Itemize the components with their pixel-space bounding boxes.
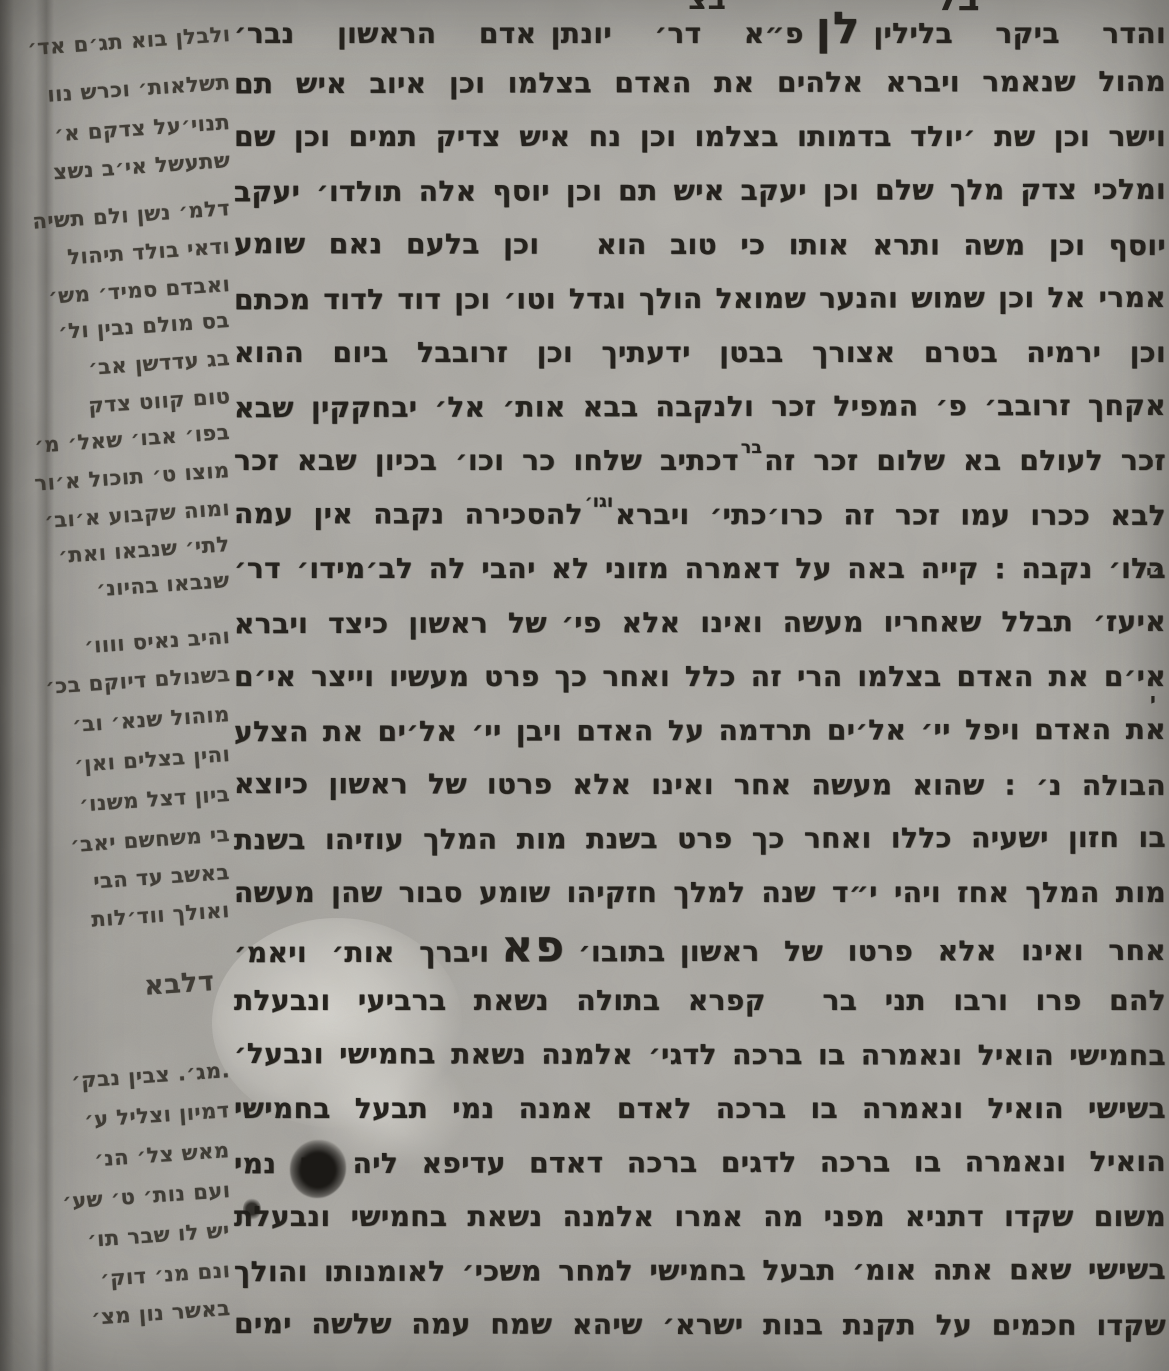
text-segment: אקחך זרובב׳ פ׳ המפיל זכר ולנקבה בבא אות׳… [234,389,1166,424]
margin-note: מוהול שנא׳ וב׳ [72,702,231,737]
margin-note: והיב נאיס וווו׳ [83,624,230,658]
text-segment: מות המלך אחז ויהי י״ד שנה למלך חזקיהו שו… [234,876,1166,909]
text-segment: הואיל ונאמרה בו ברכה לדגים ברכה דאדם עדי… [234,1145,1166,1180]
manuscript-line: אי׳ם את האדם בצלמו הרי זה כלל ואחר כך פר… [234,650,1166,704]
text-segment: להם פרו ורבו תני בר קפרא בתולה נשאת ברבי… [234,984,1166,1017]
margin-note: בשנולם דיוקם בכ׳ [44,662,230,699]
margin-note: טום קווט צדק [87,384,231,418]
margin-note: ונם מנ׳ דוק׳ [99,1258,231,1291]
manuscript-line: ומלכי צדק מלך שלם וכן יעקב איש תם וכן יו… [234,163,1166,219]
text-segment: משום שקדו דתניא מפני מה אמרו אלמנה נשאת … [234,1200,1166,1233]
margin-note: בס מולם נבין ול׳ [58,308,231,344]
text-segment: בשישי הואיל ונאמרה בו ברכה לאדם אמנה נמי… [234,1092,1166,1125]
text-segment: ויברך אות׳ ויאמ׳ [234,936,489,970]
edge-letter-fragment: בל [936,0,980,19]
manuscript-line: משום שקדו דתניא מפני מה אמרו אלמנה נשאת … [234,1190,1166,1244]
manuscript-line: וכן ירמיה בטרם אצורך בבטן ידעתיך וכן זרו… [234,326,1166,380]
manuscript-line: הואיל ונאמרה בו ברכה לדגים ברכה דאדם עדי… [234,1135,1166,1191]
manuscript-page: ולבלן בוא תג׳ם אד׳תשלאות׳ וכרש נוותנוי׳ע… [0,0,1169,1371]
text-segment: בחמישי הואיל ונאמרה בו ברכה לדגי׳ אלמנה … [234,1037,1166,1072]
margin-note: ואולך ווד׳לות [91,898,231,932]
section-mark: פא [489,921,578,972]
edge-letter-fragment: ׳י [1146,560,1161,584]
text-segment: והדר ביקר בלילין [874,17,1167,50]
margin-note: ועם נות׳ ט׳ שע׳ [61,1178,231,1214]
manuscript-line: מהול שנאמר ויברא אלהים את האדם בצלמו וכן… [234,55,1166,111]
manuscript-line: הבולה נ׳ : שהוא מעשה אחר ואינו אלא פרטו … [234,757,1166,813]
margin-note: לתי׳ שנבאו ואת׳ [58,532,231,568]
main-text-block: והדר ביקר בליליןלןפ״א דר׳ יונתן אדם הראש… [234,2,1166,1352]
text-segment: וכן ירמיה בטרם אצורך בבטן ידעתיך וכן זרו… [234,336,1166,369]
edge-letter-fragment: י [1150,688,1156,712]
manuscript-line: להם פרו ורבו תני בר קפרא בתולה נשאת ברבי… [234,974,1166,1028]
margin-note: באשב עד הבי [93,860,231,893]
text-segment: בלו׳ נקבה : קייה באה על דאמרה מזוני לא י… [234,552,1166,585]
text-segment: ומלכי צדק מלך שלם וכן יעקב איש תם וכן יו… [234,173,1166,208]
margin-note: בג עדדשן אב׳ [87,346,230,380]
text-segment: אמרי אל וכן שמוש והנער שמואל הולך וגדל ו… [234,281,1166,316]
margin-note: ודאי בולד תיהול [66,234,230,269]
text-segment: וישר וכן שת ׳יולד בדמותו בצלמו וכן נח אי… [234,120,1166,153]
margin-note: תנוי׳על צדקם א׳ [53,110,230,146]
margin-note: דלבא [143,966,215,1002]
manuscript-line: בו חזון ישעיה כללו ואחר כך פרט בשנת מות … [234,811,1166,867]
margin-note: שנבאו בהיונ׳ [96,568,231,601]
manuscript-line: בחמישי הואיל ונאמרה בו ברכה לדגי׳ אלמנה … [234,1027,1166,1083]
text-segment: בר [739,438,764,458]
manuscript-line: אחר ואינו אלא פרטו של ראשון בתובו׳פאויבר… [234,919,1166,975]
leaf-edge [0,0,14,1371]
manuscript-line: את האדם ויפל יי׳ אל׳ים תרדמה על האדם ויב… [234,703,1166,759]
margin-note: והין בצלים ואן׳ [73,742,230,777]
margin-note: מאש צל׳ הנ׳ [94,1138,231,1171]
margin-note: מוצו ט׳ תוכול א׳ור [34,458,231,496]
margin-note: שתעשל אי׳ב נשצ [52,148,231,184]
manuscript-line: בשישי הואיל ונאמרה בו ברכה לאדם אמנה נמי… [234,1082,1166,1136]
text-segment: זכר לעולם בא שלום זכר זה [764,444,1166,477]
margin-note: ומוה שקבוע א׳וב׳ [44,496,231,533]
text-segment: שקדו חכמים על תקנת בנות ישרא׳ שיהא שמח ע… [234,1307,1166,1342]
manuscript-line: אמרי אל וכן שמוש והנער שמואל הולך וגדל ו… [234,271,1166,327]
manuscript-line: בשישי שאם אתה אומ׳ תבעל בחמישי למחר משכי… [234,1243,1166,1299]
margin-note: תשלאות׳ וכרש נוו [46,70,231,107]
manuscript-line: שקדו חכמים על תקנת בנות ישרא׳ שיהא שמח ע… [234,1297,1166,1353]
text-segment: פ״א דר׳ יונתן אדם הראשון נבר׳ [234,17,804,50]
text-segment: איעז׳ תבלל שאחריו מעשה ואינו אלא פי׳ של … [234,605,1166,640]
margin-notes: ולבלן בוא תג׳ם אד׳תשלאות׳ וכרש נוותנוי׳ע… [44,0,236,1371]
text-segment: בשישי שאם אתה אומ׳ תבעל בחמישי למחר משכי… [234,1253,1166,1288]
margin-note: יש לו שבר תו׳ [87,1218,231,1252]
margin-note: דלמ׳ נשן ולם תשיה [32,196,231,234]
text-segment: להסכירה נקבה אין עמה [234,497,583,531]
text-segment: את האדם ויפל יי׳ אל׳ים תרדמה על האדם ויב… [234,713,1166,748]
text-segment: וגו׳ [583,492,615,512]
manuscript-line: יוסף וכן משה ותרא אותו כי טוב הוא וכן בל… [234,217,1166,273]
text-segment: אי׳ם את האדם בצלמו הרי זה כלל ואחר כך פר… [234,660,1166,693]
manuscript-line: בלו׳ נקבה : קייה באה על דאמרה מזוני לא י… [234,542,1166,596]
manuscript-line: מות המלך אחז ויהי י״ד שנה למלך חזקיהו שו… [234,866,1166,920]
text-segment: לבא ככרו עמו זכר זה כרו׳כתי׳ ויברא [615,498,1166,532]
manuscript-line: זכר לעולם בא שלום זכר זהברדכתיב שלחו כר … [234,434,1166,488]
margin-note: ואבדם סמיד׳ מש׳ [47,272,230,309]
text-segment: אחר ואינו אלא פרטו של ראשון בתובו׳ [578,934,1166,969]
manuscript-scan: ולבלן בוא תג׳ם אד׳תשלאות׳ וכרש נוותנוי׳ע… [0,0,1169,1371]
margin-note: ביון דצל משנו׳ [79,782,231,816]
text-segment: דכתיב שלחו כר וכו׳ בכיון שבא זכר [234,444,739,477]
text-segment: מהול שנאמר ויברא אלהים את האדם בצלמו וכן… [234,65,1166,100]
text-segment: יוסף וכן משה ותרא אותו כי טוב הוא וכן בל… [234,227,1166,262]
manuscript-line: אקחך זרובב׳ פ׳ המפיל זכר ולנקבה בבא אות׳… [234,379,1166,435]
margin-note: דמיון וצליל ע׳ [84,1098,231,1132]
manuscript-line: לבא ככרו עמו זכר זה כרו׳כתי׳ ויבראוגו׳לה… [234,487,1166,543]
margin-note: בפו׳ אבו׳ שאל׳ מ׳ [34,420,231,458]
margin-note: ולבלן בוא תג׳ם אד׳ [26,22,231,60]
margin-note: בי משחשם יאב׳ [70,822,231,857]
edge-letter-fragment: בצ [688,0,726,17]
section-mark: לן [804,3,874,54]
ink-blot [243,1198,261,1220]
manuscript-line: וישר וכן שת ׳יולד בדמותו בצלמו וכן נח אי… [234,110,1166,164]
manuscript-line: איעז׳ תבלל שאחריו מעשה ואינו אלא פי׳ של … [234,595,1166,651]
margin-note: .מג׳. צבין נבק׳ [71,1058,231,1093]
text-segment: הבולה נ׳ : שהוא מעשה אחר ואינו אלא פרטו … [234,767,1166,802]
margin-note: באשר נון מצ׳ [90,1296,231,1330]
text-segment: בו חזון ישעיה כללו ואחר כך פרט בשנת מות … [234,821,1166,856]
edge-letter-fragment: י [1148,452,1154,476]
